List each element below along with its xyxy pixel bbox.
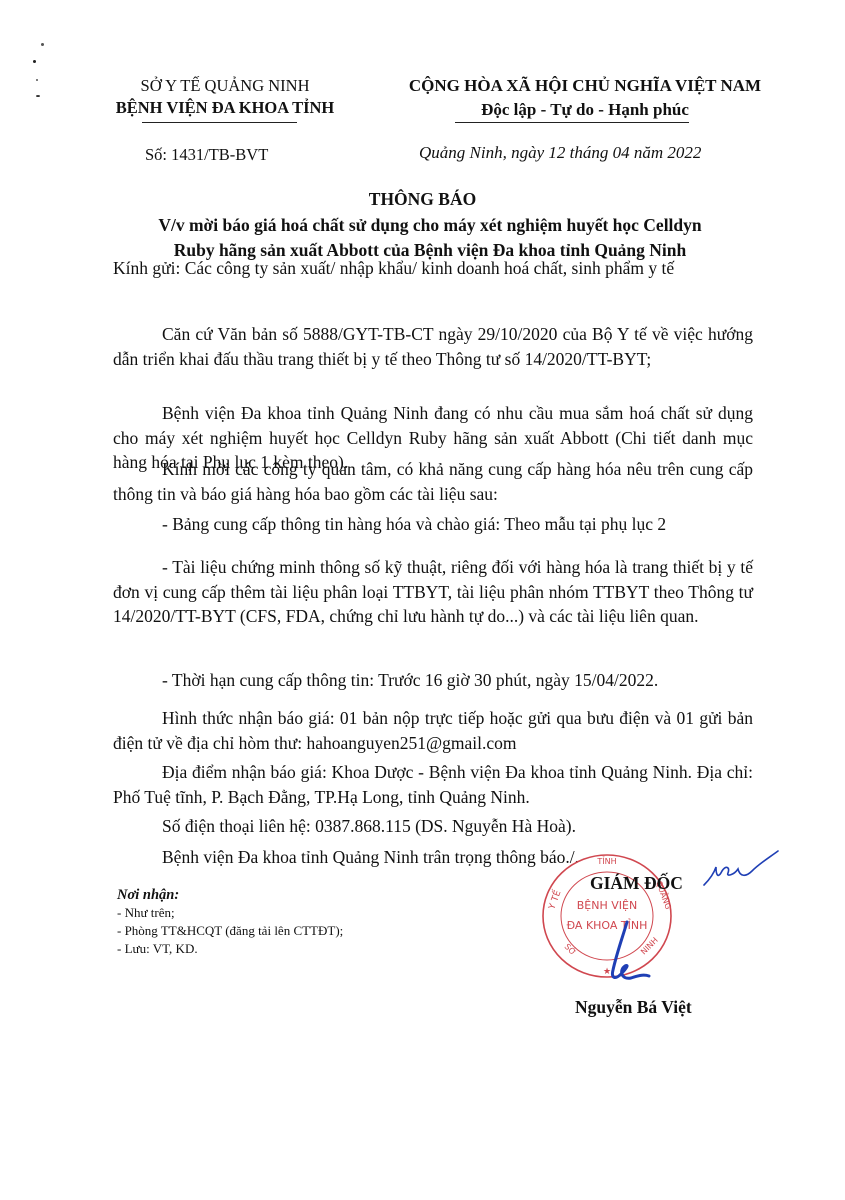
issuing-authority-block: SỞ Y TẾ QUẢNG NINH BỆNH VIỆN ĐA KHOA TỈN… [80, 75, 370, 119]
scan-artifact [33, 60, 36, 63]
signatory-name: Nguyễn Bá Việt [575, 997, 692, 1018]
paragraph-text: - Thời hạn cung cấp thông tin: Trước 16 … [162, 670, 658, 690]
authority-underline [142, 122, 297, 123]
handwritten-signature-icon [575, 918, 655, 988]
recipient-item: - Phòng TT&HCQT (đăng tải lên CTTĐT); [117, 922, 343, 940]
requirement-item: - Bảng cung cấp thông tin hàng hóa và ch… [113, 512, 753, 537]
scan-artifact [41, 43, 44, 46]
document-number: Số: 1431/TB-BVT [145, 145, 268, 165]
paragraph-text: Số điện thoại liên hệ: 0387.868.115 (DS.… [162, 816, 576, 836]
body-paragraph-invitation: Kính mời các công ty quan tâm, có khả nă… [113, 457, 753, 506]
recipient-item: - Như trên; [117, 904, 343, 922]
initials-mark-icon [700, 845, 780, 895]
body-paragraph-submission: Hình thức nhận báo giá: 01 bản nộp trực … [113, 706, 753, 755]
scan-artifact [36, 79, 38, 81]
requirement-item-deadline: - Thời hạn cung cấp thông tin: Trước 16 … [113, 668, 753, 693]
scan-artifact [36, 95, 40, 97]
svg-text:TỈNH: TỈNH [596, 855, 616, 866]
nation-name: CỘNG HÒA XÃ HỘI CHỦ NGHĨA VIỆT NAM [375, 74, 795, 98]
recipients-block: Nơi nhận: - Như trên; - Phòng TT&HCQT (đ… [117, 886, 343, 958]
motto-underline [455, 122, 689, 123]
organization-name: BỆNH VIỆN ĐA KHOA TỈNH [80, 97, 370, 119]
body-paragraph-phone: Số điện thoại liên hệ: 0387.868.115 (DS.… [113, 814, 753, 839]
body-paragraph-legal-basis: Căn cứ Văn bản số 5888/GYT-TB-CT ngày 29… [113, 322, 753, 371]
paragraph-text: Căn cứ Văn bản số 5888/GYT-TB-CT ngày 29… [113, 324, 753, 369]
paragraph-text: Địa điểm nhận báo giá: Khoa Dược - Bệnh … [113, 762, 753, 807]
paragraph-text: Kính mời các công ty quan tâm, có khả nă… [113, 459, 753, 504]
document-subject: V/v mời báo giá hoá chất sử dụng cho máy… [90, 213, 770, 263]
authority-name: SỞ Y TẾ QUẢNG NINH [80, 75, 370, 97]
paragraph-text: - Bảng cung cấp thông tin hàng hóa và ch… [162, 514, 666, 534]
body-paragraph-location: Địa điểm nhận báo giá: Khoa Dược - Bệnh … [113, 760, 753, 809]
subject-line: V/v mời báo giá hoá chất sử dụng cho máy… [90, 213, 770, 238]
place-and-date: Quảng Ninh, ngày 12 tháng 04 năm 2022 [419, 143, 701, 163]
paragraph-text: Bệnh viện Đa khoa tỉnh Quảng Ninh trân t… [162, 847, 579, 867]
document-title: THÔNG BÁO [0, 189, 845, 210]
salutation: Kính gửi: Các công ty sản xuất/ nhập khẩ… [113, 258, 674, 279]
national-heading-block: CỘNG HÒA XÃ HỘI CHỦ NGHĨA VIỆT NAM Độc l… [375, 74, 795, 122]
paragraph-text: - Tài liệu chứng minh thông số kỹ thuật,… [113, 557, 753, 626]
signatory-title: GIÁM ĐỐC [590, 873, 683, 894]
requirement-item: - Tài liệu chứng minh thông số kỹ thuật,… [113, 555, 753, 629]
svg-text:BỆNH VIỆN: BỆNH VIỆN [577, 899, 637, 912]
recipient-item: - Lưu: VT, KD. [117, 940, 343, 958]
national-motto: Độc lập - Tự do - Hạnh phúc [375, 98, 795, 122]
recipients-title: Nơi nhận: [117, 886, 343, 904]
paragraph-text: Hình thức nhận báo giá: 01 bản nộp trực … [113, 708, 753, 753]
